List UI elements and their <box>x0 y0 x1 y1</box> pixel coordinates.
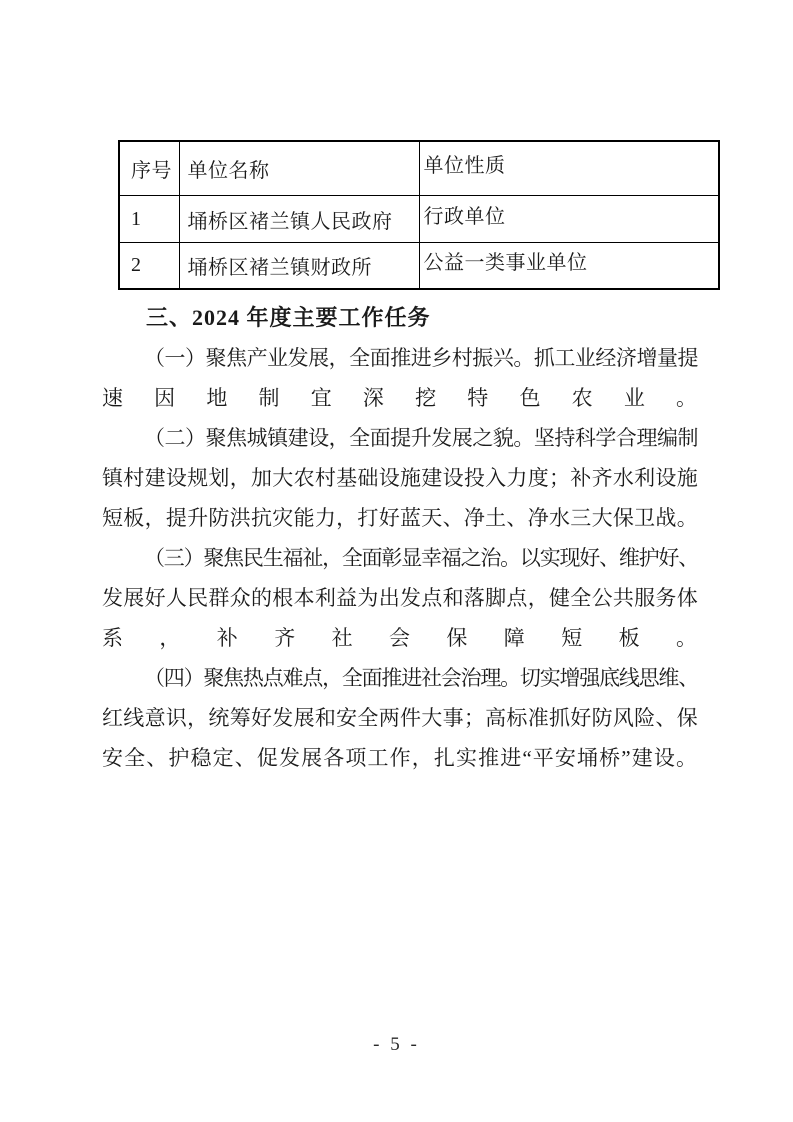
page-number: - 5 - <box>0 1034 793 1056</box>
text-line: （二）聚焦城镇建设，全面提升发展之貌。坚持科学合理编制 <box>102 418 698 458</box>
table-cell: 埇桥区褚兰镇财政所 <box>179 243 419 290</box>
text-line: （三）聚焦民生福祉，全面彰显幸福之治。以实现好、维护好、 <box>102 538 698 578</box>
table-header-cell: 单位性质 <box>419 141 719 196</box>
text-line: 系，补齐社会保障短板。 <box>102 618 698 658</box>
table-cell: 1 <box>119 196 179 243</box>
text-line: 短板，提升防洪抗灾能力，打好蓝天、净土、净水三大保卫战。 <box>102 498 698 538</box>
paragraph: （二）聚焦城镇建设，全面提升发展之貌。坚持科学合理编制镇村建设规划，加大农村基础… <box>102 418 698 538</box>
text-line: 安全、护稳定、促发展各项工作，扎实推进“平安埇桥”建设。 <box>102 738 698 778</box>
cell-text: 序号 <box>131 154 172 183</box>
cell-text: 单位名称 <box>188 154 270 183</box>
paragraph: （三）聚焦民生福祉，全面彰显幸福之治。以实现好、维护好、发展好人民群众的根本利益… <box>102 538 698 658</box>
document-page: 序号单位名称单位性质1埇桥区褚兰镇人民政府行政单位2埇桥区褚兰镇财政所公益一类事… <box>0 0 793 1122</box>
section-heading: 三、2024 年度主要工作任务 <box>102 298 698 338</box>
table-header-cell: 单位名称 <box>179 141 419 196</box>
cell-text: 公益一类事业单位 <box>424 246 588 275</box>
section-paragraphs: （一）聚焦产业发展，全面推进乡村振兴。抓工业经济增量提速因地制宜深挖特色农业。（… <box>102 338 698 778</box>
text-line: 速因地制宜深挖特色农业。 <box>102 378 698 418</box>
table-cell: 公益一类事业单位 <box>419 243 719 290</box>
text-line: 发展好人民群众的根本利益为出发点和落脚点，健全公共服务体 <box>102 578 698 618</box>
text-line: 红线意识，统筹好发展和安全两件大事；高标准抓好防风险、保 <box>102 698 698 738</box>
table-row: 2埇桥区褚兰镇财政所公益一类事业单位 <box>119 243 719 290</box>
cell-text: 行政单位 <box>424 200 506 229</box>
cell-text: 埇桥区褚兰镇人民政府 <box>188 205 393 234</box>
table-header-row: 序号单位名称单位性质 <box>119 141 719 196</box>
paragraph: （四）聚焦热点难点，全面推进社会治理。切实增强底线思维、红线意识，统筹好发展和安… <box>102 658 698 778</box>
units-table-body: 序号单位名称单位性质1埇桥区褚兰镇人民政府行政单位2埇桥区褚兰镇财政所公益一类事… <box>119 141 719 289</box>
cell-text: 1 <box>131 208 142 231</box>
table-cell: 埇桥区褚兰镇人民政府 <box>179 196 419 243</box>
cell-text: 埇桥区褚兰镇财政所 <box>188 251 373 280</box>
cell-text: 2 <box>131 254 142 277</box>
text-line: （一）聚焦产业发展，全面推进乡村振兴。抓工业经济增量提 <box>102 338 698 378</box>
text-line: （四）聚焦热点难点，全面推进社会治理。切实增强底线思维、 <box>102 658 698 698</box>
table-row: 1埇桥区褚兰镇人民政府行政单位 <box>119 196 719 243</box>
section-content: 三、2024 年度主要工作任务 （一）聚焦产业发展，全面推进乡村振兴。抓工业经济… <box>102 298 698 778</box>
cell-text: 单位性质 <box>424 149 506 178</box>
table-cell: 2 <box>119 243 179 290</box>
table-header-cell: 序号 <box>119 141 179 196</box>
table-cell: 行政单位 <box>419 196 719 243</box>
paragraph: （一）聚焦产业发展，全面推进乡村振兴。抓工业经济增量提速因地制宜深挖特色农业。 <box>102 338 698 418</box>
units-table: 序号单位名称单位性质1埇桥区褚兰镇人民政府行政单位2埇桥区褚兰镇财政所公益一类事… <box>118 140 720 290</box>
text-line: 镇村建设规划，加大农村基础设施建设投入力度；补齐水利设施 <box>102 458 698 498</box>
